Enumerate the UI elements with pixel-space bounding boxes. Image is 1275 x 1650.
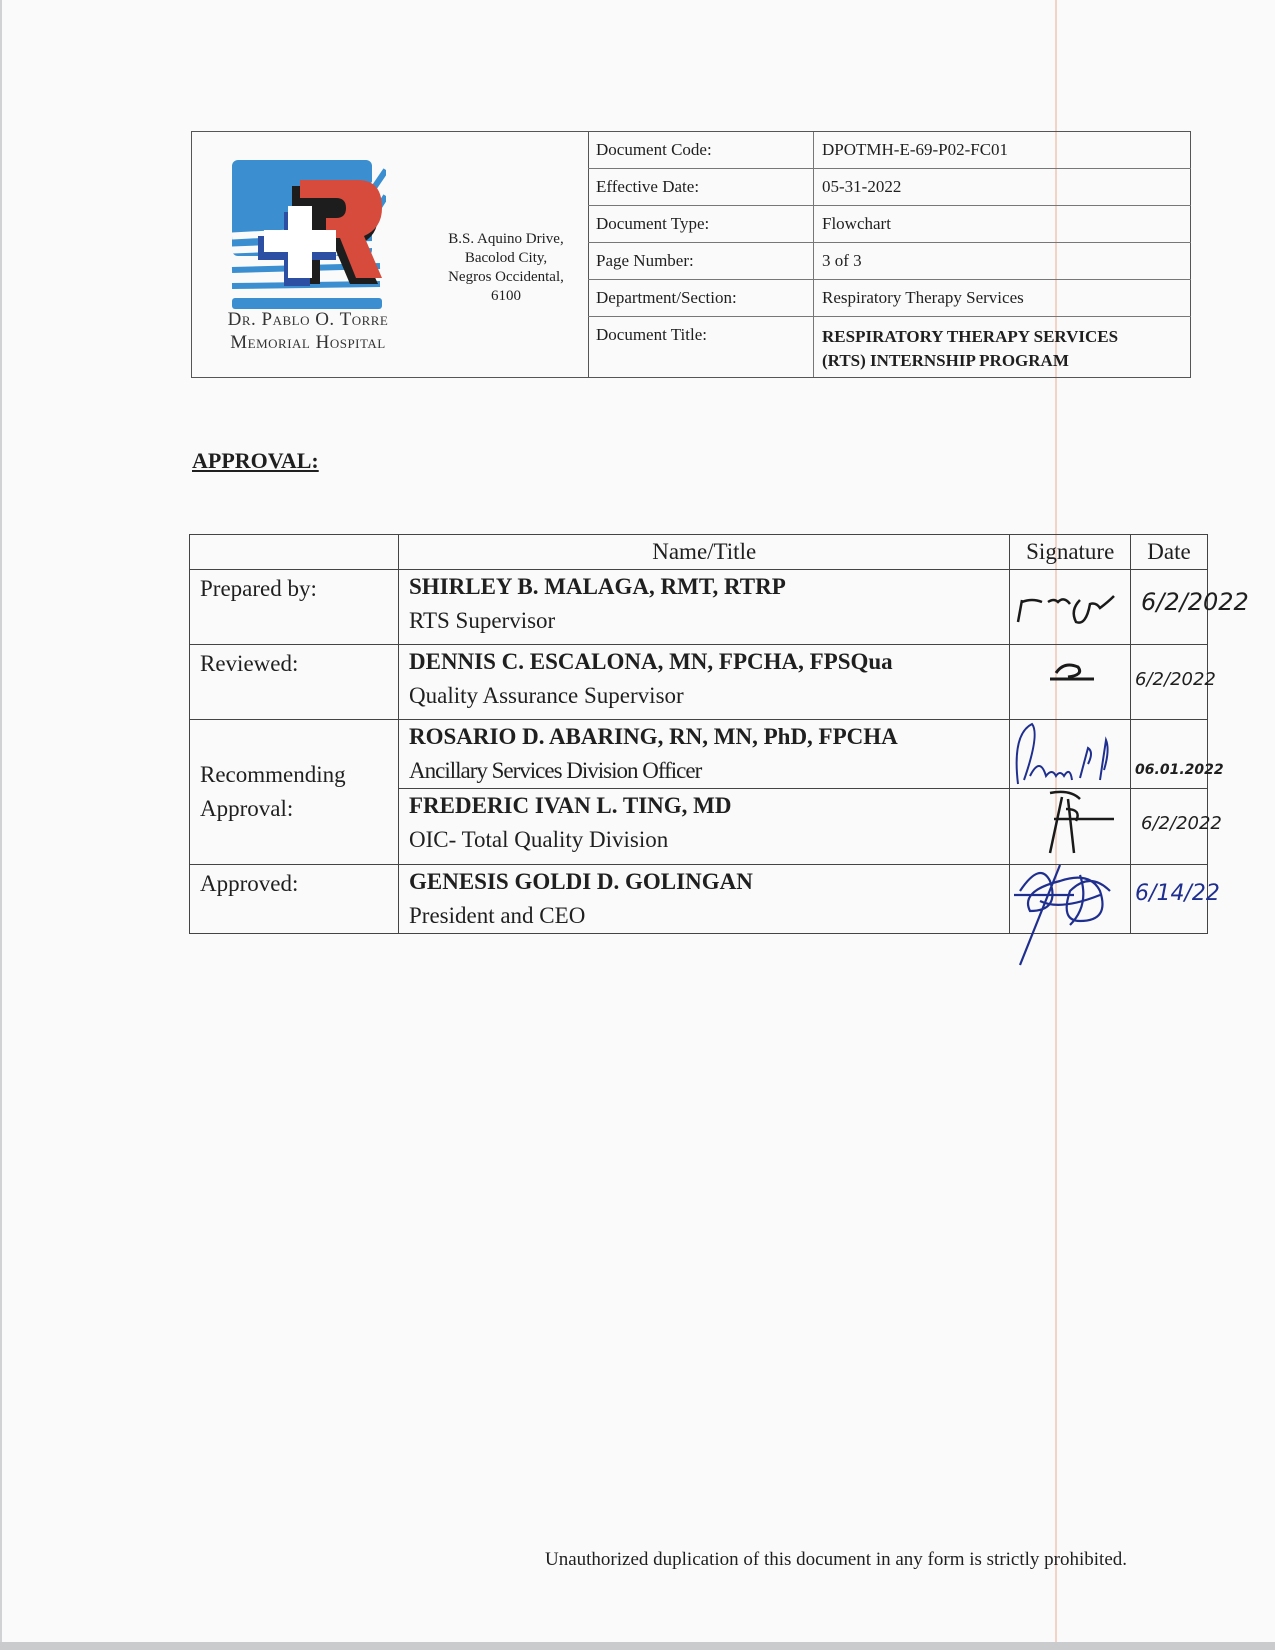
table-row: Prepared by: SHIRLEY B. MALAGA, RMT, RTR… xyxy=(190,570,1208,645)
name-title-cell: SHIRLEY B. MALAGA, RMT, RTRPRTS Supervis… xyxy=(399,570,1010,645)
document-title: RESPIRATORY THERAPY SERVICES (RTS) INTER… xyxy=(814,316,1192,377)
document-header: Dr. Pablo O. Torre Memorial Hospital B.S… xyxy=(191,131,1191,378)
document-code: DPOTMH-E-69-P02-FC01 xyxy=(814,132,1192,168)
role-label: Recommending Approval: xyxy=(190,720,399,865)
hospital-name: Dr. Pablo O. Torre Memorial Hospital xyxy=(192,308,424,354)
column-header-signature: Signature xyxy=(1010,535,1131,570)
column-header-date: Date xyxy=(1131,535,1208,570)
meta-label: Effective Date: xyxy=(588,168,814,205)
signature-icon xyxy=(1010,570,1125,638)
signature-cell xyxy=(1010,570,1131,645)
approval-header-row: Name/Title Signature Date xyxy=(190,535,1208,570)
signature-cell xyxy=(1010,789,1131,865)
role-label: Prepared by: xyxy=(190,570,399,645)
name-title-cell: ROSARIO D. ABARING, RN, MN, PhD, FPCHAAn… xyxy=(399,720,1010,789)
table-row: Recommending Approval: ROSARIO D. ABARIN… xyxy=(190,720,1208,789)
name-title-cell: FREDERIC IVAN L. TING, MDOIC- Total Qual… xyxy=(399,789,1010,865)
meta-label: Document Title: xyxy=(588,316,814,377)
meta-label: Department/Section: xyxy=(588,279,814,316)
page-number: 3 of 3 xyxy=(814,242,1192,279)
hospital-cross-r-logo-icon xyxy=(230,158,386,310)
signature-icon xyxy=(1010,645,1125,713)
date-cell: 6/2/2022 xyxy=(1131,570,1208,645)
hospital-address: B.S. Aquino Drive, Bacolod City, Negros … xyxy=(424,230,588,306)
table-row: Approved: GENESIS GOLDI D. GOLINGANPresi… xyxy=(190,865,1208,934)
signature-cell xyxy=(1010,720,1131,789)
date-cell: 06.01.2022 xyxy=(1131,720,1208,789)
date-cell: 6/14/22 xyxy=(1131,865,1208,934)
name-title-cell: GENESIS GOLDI D. GOLINGANPresident and C… xyxy=(399,865,1010,934)
signature-icon xyxy=(1010,720,1140,788)
effective-date: 05-31-2022 xyxy=(814,168,1192,205)
meta-label: Document Code: xyxy=(588,132,814,168)
department-section: Respiratory Therapy Services xyxy=(814,279,1192,316)
scan-edge-left xyxy=(0,0,2,1650)
document-meta-table: Document Code:DPOTMH-E-69-P02-FC01 Effec… xyxy=(588,132,1191,377)
hospital-branding: Dr. Pablo O. Torre Memorial Hospital B.S… xyxy=(192,132,589,377)
table-row: Reviewed: DENNIS C. ESCALONA, MN, FPCHA,… xyxy=(190,645,1208,720)
signature-cell xyxy=(1010,645,1131,720)
date-cell: 6/2/2022 xyxy=(1131,789,1208,865)
signature-cell xyxy=(1010,865,1131,934)
signature-icon xyxy=(1010,855,1140,955)
meta-label: Document Type: xyxy=(588,205,814,242)
approval-heading: APPROVAL: xyxy=(192,448,319,474)
scan-edge-bottom xyxy=(0,1642,1275,1650)
column-header-name-title: Name/Title xyxy=(399,535,1010,570)
name-title-cell: DENNIS C. ESCALONA, MN, FPCHA, FPSQuaQua… xyxy=(399,645,1010,720)
role-label: Approved: xyxy=(190,865,399,934)
date-cell: 6/2/2022 xyxy=(1131,645,1208,720)
meta-label: Page Number: xyxy=(588,242,814,279)
role-label: Reviewed: xyxy=(190,645,399,720)
document-type: Flowchart xyxy=(814,205,1192,242)
footer-notice: Unauthorized duplication of this documen… xyxy=(545,1549,1127,1571)
approval-table: Name/Title Signature Date Prepared by: S… xyxy=(189,534,1208,934)
column-header-role xyxy=(190,535,399,570)
signature-icon xyxy=(1010,789,1125,858)
